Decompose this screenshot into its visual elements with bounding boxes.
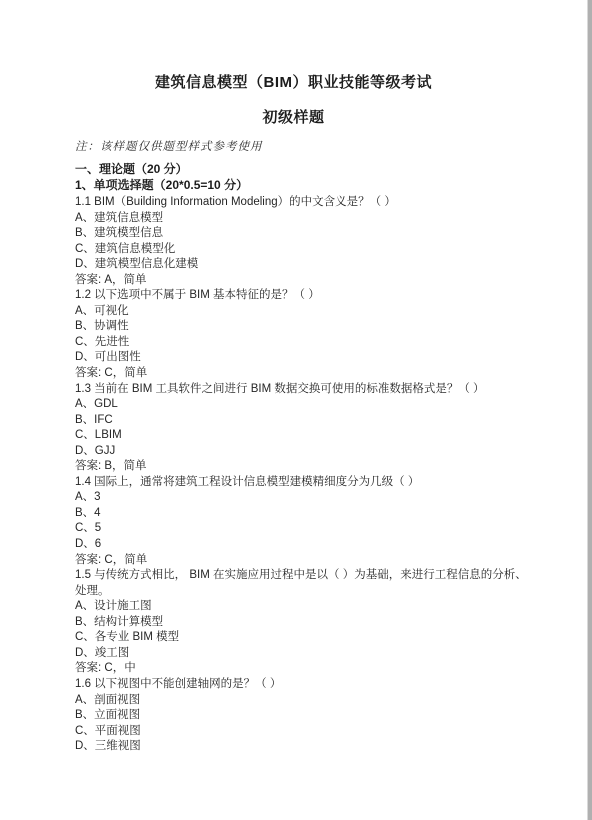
scrollbar[interactable] bbox=[587, 0, 592, 820]
section-heading: 一、理论题（20 分） bbox=[75, 160, 188, 177]
document-note: 注：该样题仅供题型样式参考使用 bbox=[75, 138, 263, 154]
question-text: 1.6 以下视图中不能创建轴网的是？（ ） bbox=[75, 677, 527, 693]
option-line: A、剖面视图 bbox=[75, 693, 527, 709]
question-text: 1.4 国际上，通常将建筑工程设计信息模型建模精细度分为几级（ ） bbox=[75, 475, 527, 491]
question-text: 1.2 以下选项中不属于 BIM 基本特征的是？（ ） bbox=[75, 288, 527, 304]
subsection-heading: 1、单项选择题（20*0.5=10 分） bbox=[75, 176, 248, 193]
question-block-6: 1.6 以下视图中不能创建轴网的是？（ ） A、剖面视图 B、立面视图 C、平面… bbox=[75, 677, 527, 755]
option-line: C、先进性 bbox=[75, 335, 527, 351]
option-line: A、3 bbox=[75, 490, 527, 506]
question-text: 1.5 与传统方式相比， BIM 在实施应用过程中是以（ ）为基础，来进行工程信… bbox=[75, 568, 527, 599]
option-line: A、设计施工图 bbox=[75, 599, 527, 615]
question-text: 1.3 当前在 BIM 工具软件之间进行 BIM 数据交换可使用的标准数据格式是… bbox=[75, 382, 527, 398]
option-line: D、6 bbox=[75, 537, 527, 553]
question-block-3: 1.3 当前在 BIM 工具软件之间进行 BIM 数据交换可使用的标准数据格式是… bbox=[75, 382, 527, 475]
option-line: A、可视化 bbox=[75, 304, 527, 320]
answer-line: 答案: C，简单 bbox=[75, 366, 527, 382]
option-line: C、LBIM bbox=[75, 428, 527, 444]
option-line: C、建筑信息模型化 bbox=[75, 242, 527, 258]
option-line: D、竣工图 bbox=[75, 646, 527, 662]
document-subtitle: 初级样题 bbox=[0, 106, 587, 127]
option-line: A、建筑信息模型 bbox=[75, 211, 527, 227]
answer-line: 答案: C，中 bbox=[75, 661, 527, 677]
question-block-2: 1.2 以下选项中不属于 BIM 基本特征的是？（ ） A、可视化 B、协调性 … bbox=[75, 288, 527, 381]
option-line: D、GJJ bbox=[75, 444, 527, 460]
question-list: 1.1 BIM（Building Information Modeling）的中… bbox=[75, 195, 527, 755]
option-line: B、结构计算模型 bbox=[75, 615, 527, 631]
option-line: A、GDL bbox=[75, 397, 527, 413]
answer-line: 答案: B，简单 bbox=[75, 459, 527, 475]
option-line: B、IFC bbox=[75, 413, 527, 429]
answer-line: 答案: C，简单 bbox=[75, 553, 527, 569]
question-block-1: 1.1 BIM（Building Information Modeling）的中… bbox=[75, 195, 527, 288]
question-block-4: 1.4 国际上，通常将建筑工程设计信息模型建模精细度分为几级（ ） A、3 B、… bbox=[75, 475, 527, 568]
document-page: 建筑信息模型（BIM）职业技能等级考试 初级样题 注：该样题仅供题型样式参考使用… bbox=[0, 0, 592, 820]
option-line: C、平面视图 bbox=[75, 724, 527, 740]
option-line: D、建筑模型信息化建模 bbox=[75, 257, 527, 273]
option-line: C、5 bbox=[75, 521, 527, 537]
option-line: C、各专业 BIM 模型 bbox=[75, 630, 527, 646]
option-line: D、三维视图 bbox=[75, 739, 527, 755]
answer-line: 答案: A，简单 bbox=[75, 273, 527, 289]
document-title: 建筑信息模型（BIM）职业技能等级考试 bbox=[0, 71, 587, 92]
option-line: B、立面视图 bbox=[75, 708, 527, 724]
option-line: B、协调性 bbox=[75, 319, 527, 335]
option-line: B、4 bbox=[75, 506, 527, 522]
option-line: B、建筑模型信息 bbox=[75, 226, 527, 242]
question-text: 1.1 BIM（Building Information Modeling）的中… bbox=[75, 195, 527, 211]
option-line: D、可出图性 bbox=[75, 350, 527, 366]
question-block-5: 1.5 与传统方式相比， BIM 在实施应用过程中是以（ ）为基础，来进行工程信… bbox=[75, 568, 527, 677]
